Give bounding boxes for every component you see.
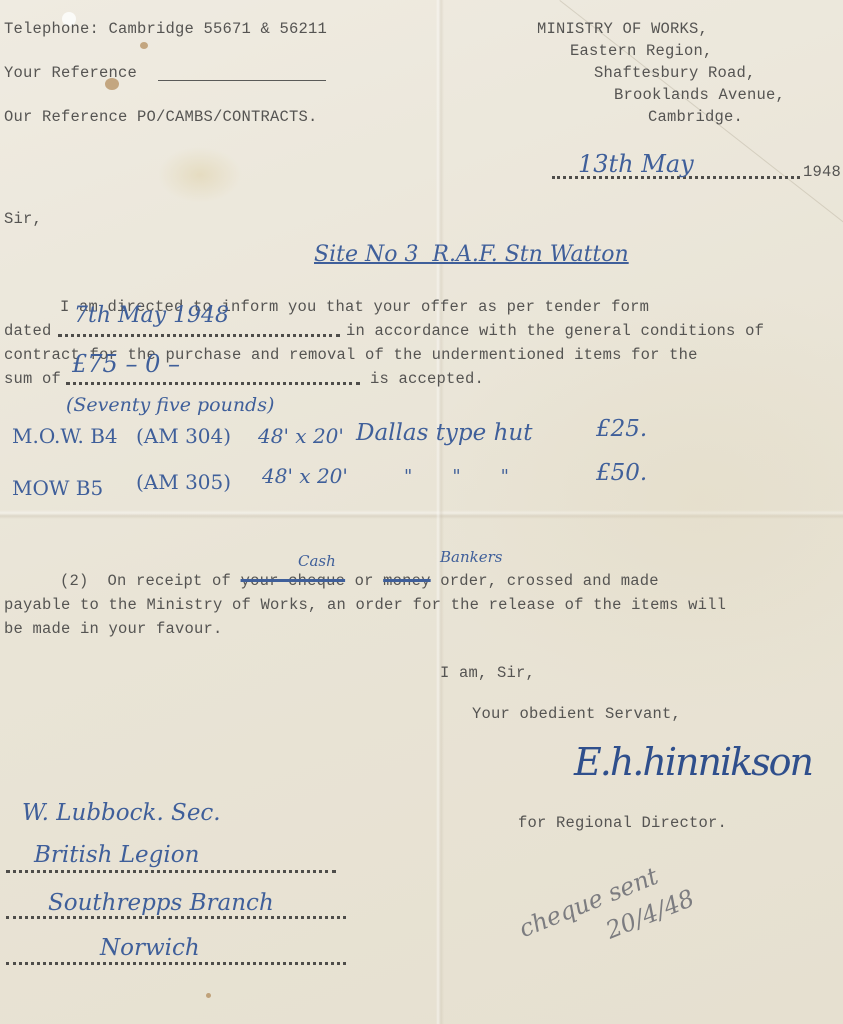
addressee-branch: Southrepps Branch — [48, 890, 274, 916]
signature: E.h.hinnikson — [574, 740, 812, 784]
address-line-avenue: Brooklands Avenue, — [614, 86, 785, 104]
address-line-city: Cambridge. — [648, 108, 743, 126]
sum-dotted-line — [66, 382, 360, 385]
item-desc: Dallas type hut — [356, 420, 532, 446]
address-dotted-line — [6, 870, 336, 873]
date-handwritten: 13th May — [578, 150, 694, 178]
item-ref: (AM 304) — [136, 424, 231, 448]
address-dotted-line — [6, 962, 346, 965]
fold-crease — [559, 0, 843, 259]
para1-sum-rest: is accepted. — [370, 370, 484, 388]
addressee-org: British Legion — [34, 842, 199, 868]
our-reference: Our Reference PO/CAMBS/CONTRACTS. — [4, 108, 318, 126]
your-reference-field — [158, 80, 326, 81]
struck-your-cheque: your cheque — [241, 572, 346, 590]
item-code: MOW B5 — [12, 476, 103, 500]
insert-cash: Cash — [298, 552, 336, 570]
para2-line1: (2) On receipt of your cheque or money o… — [60, 572, 659, 590]
para2-line3: be made in your favour. — [4, 620, 223, 638]
para2-number: (2) — [60, 572, 89, 590]
closing-i-am-sir: I am, Sir, — [440, 664, 535, 682]
item-size: 48' x 20' — [258, 424, 344, 448]
subject-handwritten: Site No 3 R.A.F. Stn Watton — [314, 242, 629, 267]
insert-bankers: Bankers — [440, 548, 502, 566]
para1-dated-label: dated — [4, 322, 52, 340]
para2-on-receipt: On receipt of — [108, 572, 232, 590]
date-year: 1948 — [803, 163, 841, 181]
address-line-ministry: MINISTRY OF WORKS, — [537, 20, 708, 38]
para2-line1-rest: order, crossed and made — [440, 572, 659, 590]
rust-stain — [140, 42, 148, 49]
sum-handwritten: £75 – 0 – — [72, 350, 180, 378]
signatory-line: for Regional Director. — [518, 814, 727, 832]
para1-sum-label: sum of — [4, 370, 61, 388]
sum-in-words: (Seventy five pounds) — [66, 394, 274, 416]
telephone-line: Telephone: Cambridge 55671 & 56211 — [4, 20, 327, 38]
rust-stain — [206, 993, 211, 998]
para1-line2-rest: in accordance with the general condition… — [346, 322, 764, 340]
closing-obedient-servant: Your obedient Servant, — [472, 705, 681, 723]
item-desc: " " " — [404, 466, 509, 487]
address-dotted-line — [6, 916, 346, 919]
address-line-region: Eastern Region, — [570, 42, 713, 60]
dated-dotted-line — [58, 334, 340, 337]
salutation: Sir, — [4, 210, 42, 228]
item-ref: (AM 305) — [136, 470, 231, 494]
item-price: £25. — [596, 416, 647, 442]
tender-date-handwritten: 7th May 1948 — [74, 303, 229, 328]
your-reference-label: Your Reference — [4, 64, 137, 82]
para2-or: or — [355, 572, 374, 590]
struck-money: money — [383, 572, 431, 590]
addressee-name: W. Lubbock. Sec. — [22, 800, 221, 826]
address-line-road: Shaftesbury Road, — [594, 64, 756, 82]
addressee-city: Norwich — [100, 935, 200, 961]
item-code: M.O.W. B4 — [12, 424, 118, 448]
item-size: 48' x 20' — [262, 464, 348, 488]
item-price: £50. — [596, 460, 647, 486]
para2-line2: payable to the Ministry of Works, an ord… — [4, 596, 726, 614]
